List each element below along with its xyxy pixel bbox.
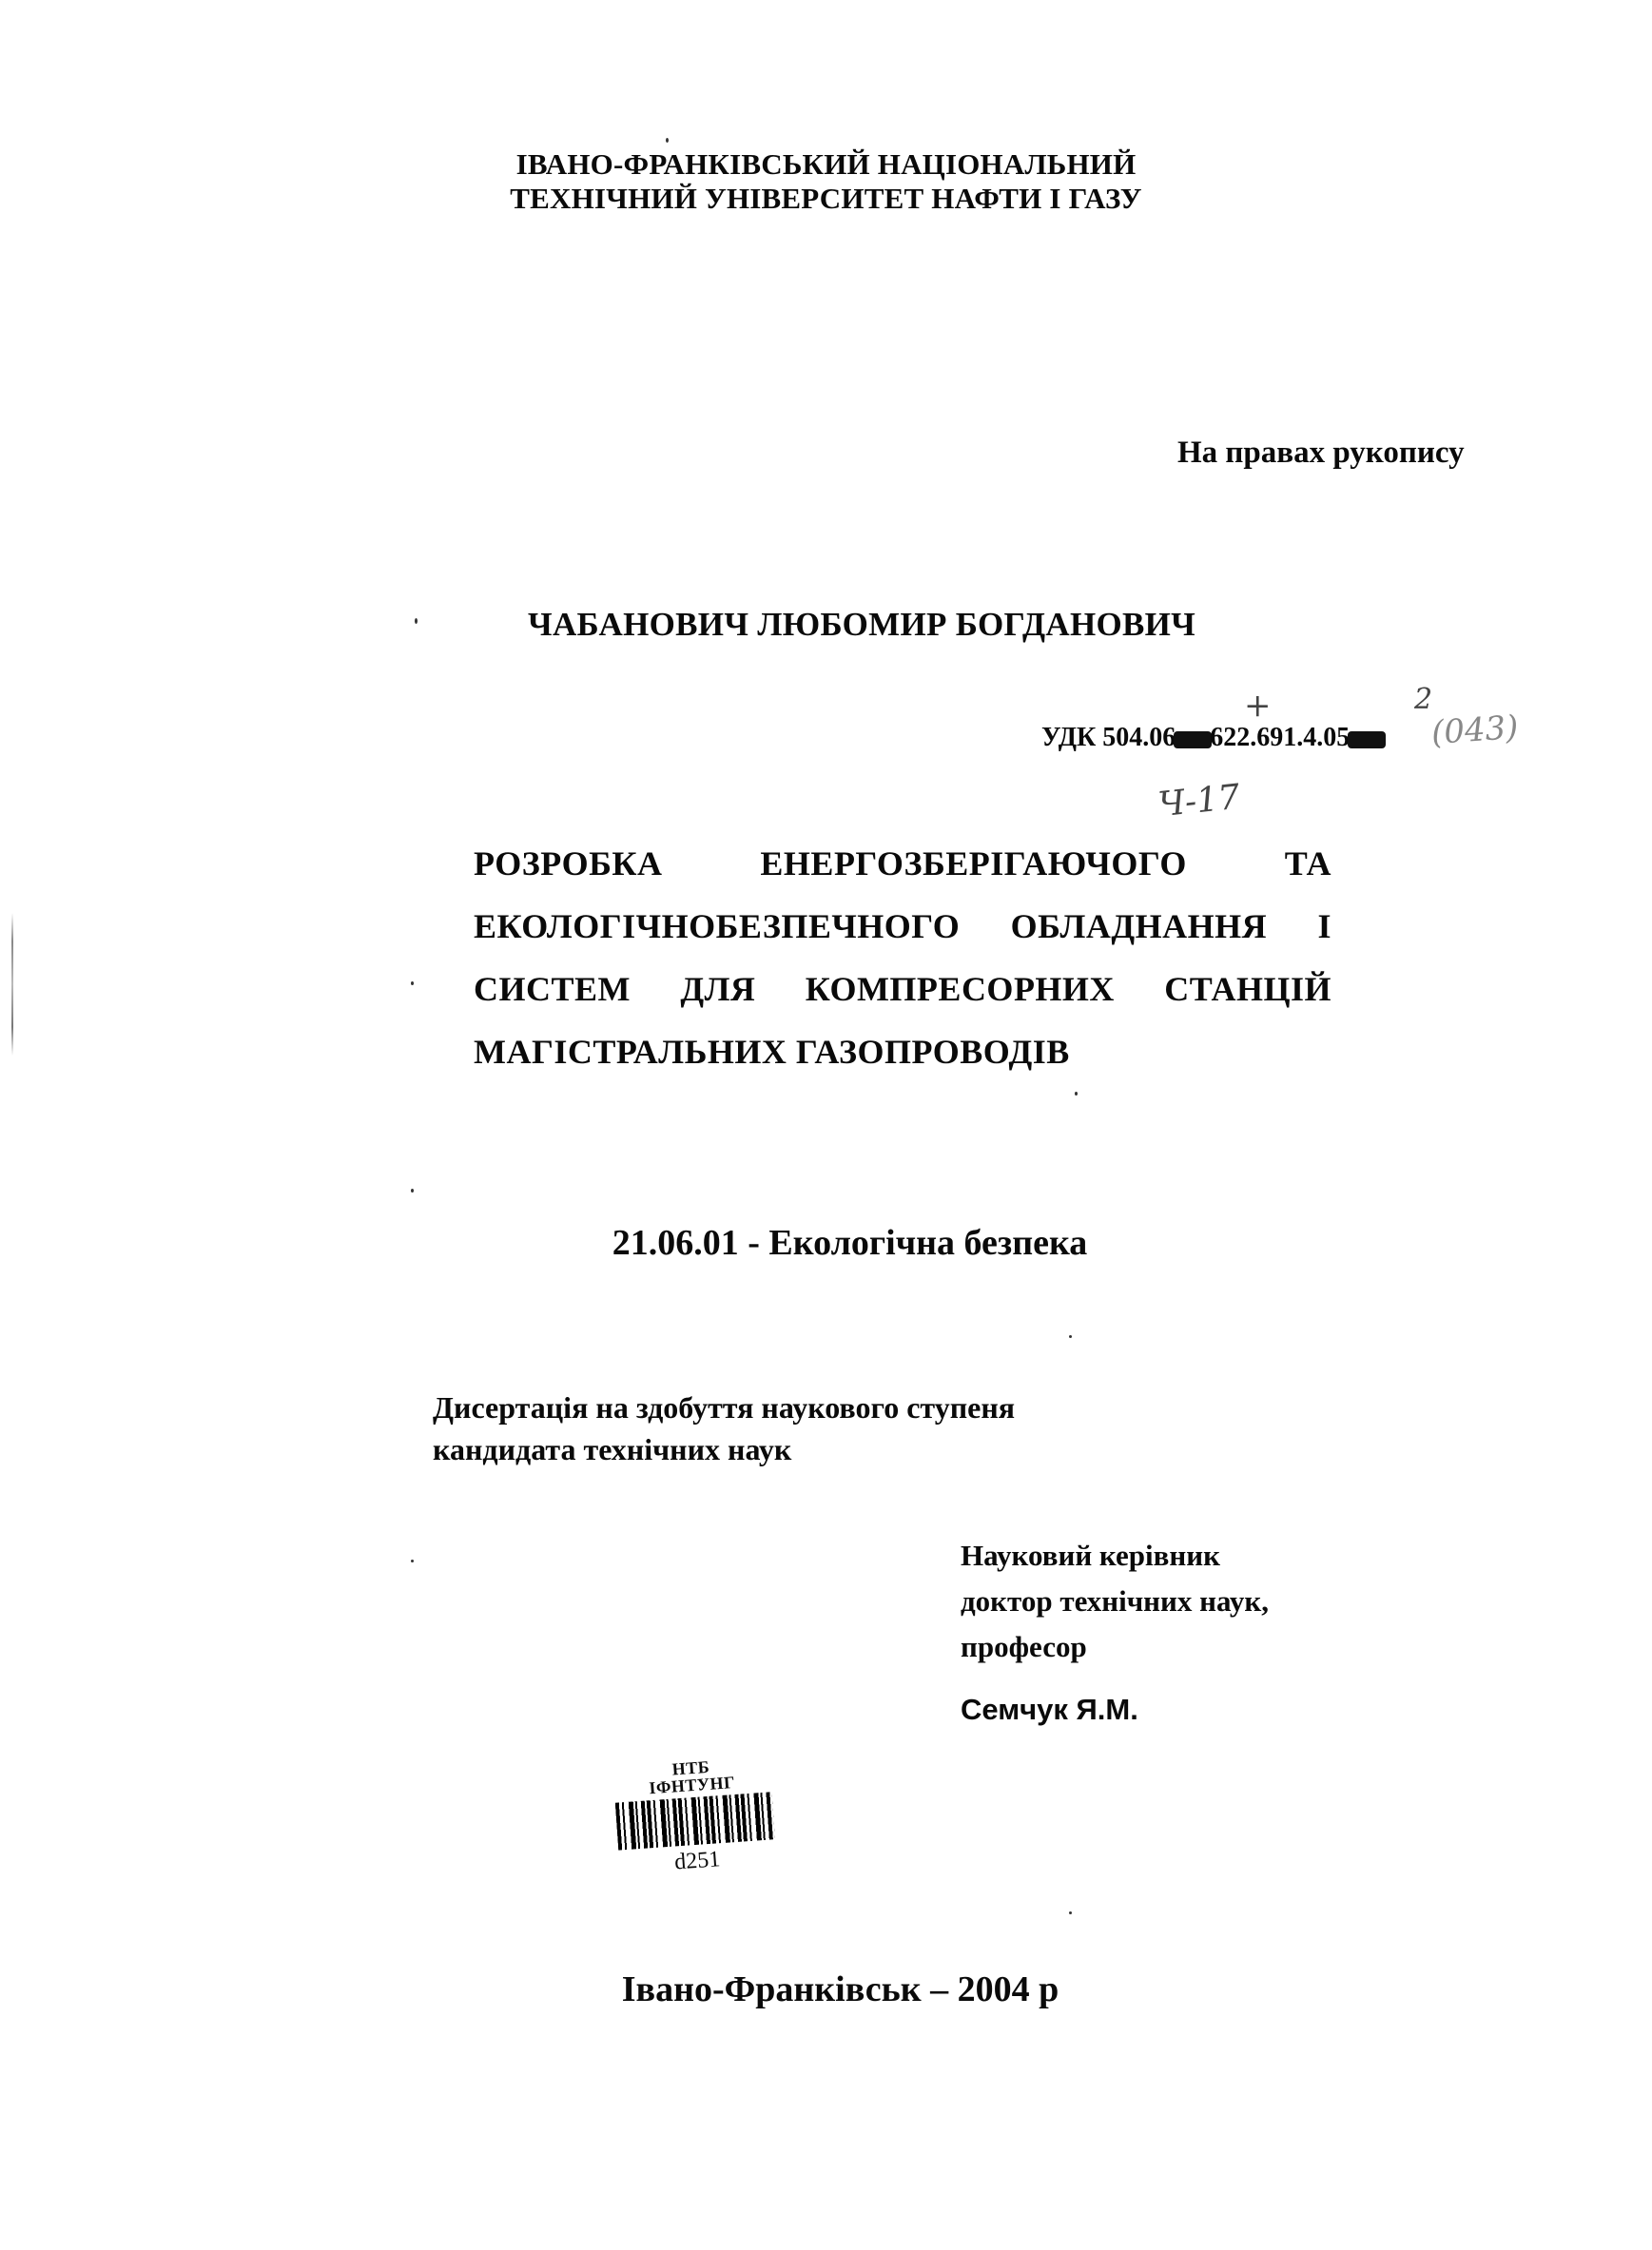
redaction-blot [1348,731,1386,748]
title-line-4: МАГІСТРАЛЬНИХ ГАЗОПРОВОДІВ [474,1020,1331,1083]
supervisor-title: професор [961,1624,1269,1670]
author-name: ЧАБАНОВИЧ ЛЮБОМИР БОГДАНОВИЧ [528,606,1195,644]
title-line-2: ЕКОЛОГІЧНОБЕЗПЕЧНОГО ОБЛАДНАННЯ І [474,895,1331,958]
scan-speck [1069,1335,1072,1338]
dissertation-line-2: кандидата технічних наук [433,1428,1015,1470]
institution-line-2: ТЕХНІЧНИЙ УНІВЕРСИТЕТ НАФТИ І ГАЗУ [0,182,1652,216]
udk-middle: 622.691.4.05 [1210,723,1350,752]
dissertation-title: РОЗРОБКА ЕНЕРГОЗБЕРІГАЮЧОГО ТА ЕКОЛОГІЧН… [474,832,1331,1083]
supervisor-block: Науковий керівник доктор технічних наук,… [961,1533,1269,1670]
handwritten-two: 2 [1414,683,1432,716]
title-line-3: СИСТЕМ ДЛЯ КОМПРЕСОРНИХ СТАНЦІЙ [474,958,1331,1020]
supervisor-role: Науковий керівник [961,1533,1269,1579]
title-line-1: РОЗРОБКА ЕНЕРГОЗБЕРІГАЮЧОГО ТА [474,832,1331,895]
barcode-icon [614,1792,774,1850]
handwritten-udk-suffix: (043) [1430,708,1520,752]
manuscript-note: На правах рукопису [1177,436,1465,471]
institution-name: ІВАНО-ФРАНКІВСЬКИЙ НАЦІОНАЛЬНИЙ ТЕХНІЧНИ… [0,147,1652,216]
dissertation-line-1: Дисертація на здобуття наукового ступеня [433,1387,1015,1428]
institution-line-1: ІВАНО-ФРАНКІВСЬКИЙ НАЦІОНАЛЬНИЙ [0,147,1652,182]
dissertation-degree: Дисертація на здобуття наукового ступеня… [433,1387,1015,1470]
handwritten-plus: + [1244,687,1272,725]
redaction-blot [1174,731,1212,748]
scan-speck [411,1189,414,1193]
library-stamp: НТБ ІФНТУНГ d251 [605,1754,784,1880]
scan-speck [1069,1911,1072,1914]
handwritten-code: Ч-17 [1156,778,1242,825]
supervisor-degree: доктор технічних наук, [961,1579,1269,1624]
udk-code: УДК 504.06622.691.4.05 [1041,723,1384,753]
scan-speck [666,138,669,143]
scan-speck [411,981,414,985]
city-year: Івано-Франківськ – 2004 р [0,1969,1652,2010]
supervisor-name: Семчук Я.М. [961,1693,1138,1727]
udk-prefix: УДК 504.06 [1041,723,1176,752]
scan-margin-artifact [11,913,13,1056]
scan-speck [1075,1092,1078,1096]
scan-speck [415,618,418,624]
speciality: 21.06.01 - Екологічна безпека [0,1222,1652,1264]
scan-speck [411,1560,414,1562]
